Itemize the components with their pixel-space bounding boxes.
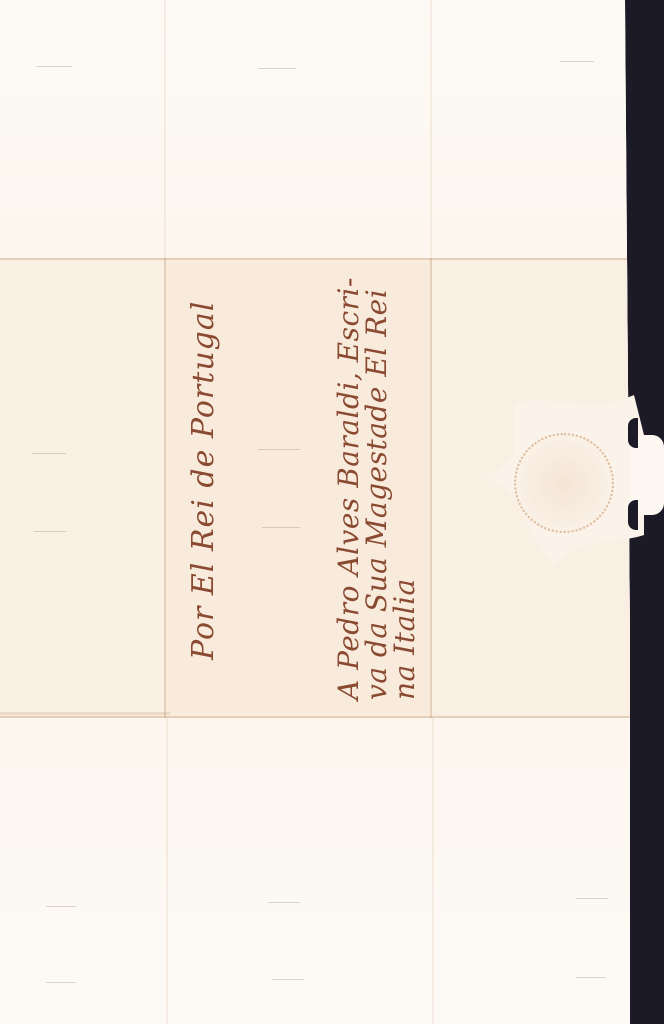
show-through-mark [258, 68, 296, 69]
show-through-mark [46, 982, 76, 983]
crease-top-right [430, 0, 432, 258]
crease-bottom-right [432, 718, 434, 1024]
show-through-mark [576, 977, 606, 978]
fold-line-top [0, 258, 630, 260]
crease-bottom-left [166, 718, 168, 1024]
show-through-mark [46, 906, 76, 907]
left-panel [0, 262, 164, 714]
show-through-mark [32, 453, 66, 454]
seal-crest-icon [514, 433, 614, 533]
address-line-3: na Italia [388, 578, 421, 700]
crease-top-left [164, 0, 166, 258]
stain-mark [0, 712, 170, 715]
sender-inscription: Por El Rei de Portugal [186, 301, 221, 660]
bottom-flap [0, 718, 630, 1024]
show-through-mark [268, 902, 300, 903]
show-through-mark [262, 527, 300, 528]
show-through-mark [560, 61, 594, 62]
fold-line-right [430, 258, 432, 718]
seal-notch [628, 500, 638, 530]
fold-line-left [164, 258, 166, 718]
top-flap [0, 0, 630, 258]
show-through-mark [576, 898, 608, 899]
show-through-mark [36, 66, 72, 67]
fold-line-bottom [0, 716, 630, 718]
show-through-mark [34, 531, 66, 532]
seal-notch [628, 418, 638, 448]
show-through-mark [272, 979, 304, 980]
show-through-mark [258, 449, 300, 450]
